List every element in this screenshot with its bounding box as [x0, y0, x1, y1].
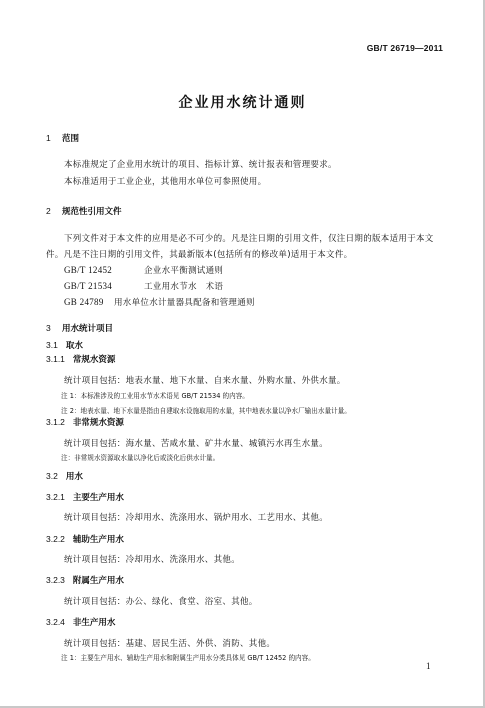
page-number: 1	[426, 661, 431, 671]
document-title: 企业用水统计通则	[0, 92, 485, 112]
reference-item: GB/T 21534工业用水节水 术语	[64, 280, 223, 292]
section-3-2-2-heading: 3.2.2辅助生产用水	[46, 533, 124, 545]
section-number: 3.2.2	[46, 534, 65, 544]
paragraph: 统计项目包括：地表水量、地下水量、自来水量、外购水量、外供水量。	[64, 374, 346, 386]
paragraph: 统计项目包括：冷却用水、洗涤用水、锅炉用水、工艺用水、其他。	[64, 511, 328, 523]
section-number: 2	[46, 206, 62, 216]
section-1-heading: 1范围	[46, 132, 79, 144]
paragraph-line: 下列文件对于本文件的应用是必不可少的。凡是注日期的引用文件，仅注日期的版本适用于…	[64, 232, 434, 244]
section-3-1-2-heading: 3.1.2非常规水资源	[46, 416, 124, 428]
paragraph: 本标准规定了企业用水统计的项目、指标计算、统计报表和管理要求。	[64, 158, 337, 170]
section-3-2-3-heading: 3.2.3附属生产用水	[46, 574, 124, 586]
paragraph: 统计项目包括：冷却用水、洗涤用水、其他。	[64, 553, 240, 565]
section-3-2-4-heading: 3.2.4非生产用水	[46, 616, 115, 628]
paragraph: 本标准适用于工业企业，其他用水单位可参照使用。	[64, 175, 266, 187]
reference-code: GB/T 12452	[64, 265, 144, 275]
section-title: 用水	[66, 472, 83, 482]
section-title: 范围	[62, 134, 79, 144]
section-title: 用水统计项目	[62, 324, 113, 334]
reference-item: GB 24789用水单位水计量器具配备和管理通则	[64, 296, 255, 308]
paragraph: 统计项目包括：海水量、苦咸水量、矿井水量、城镇污水再生水量。	[64, 437, 328, 449]
section-number: 1	[46, 133, 62, 143]
note: 注 1：本标准涉及的工业用水节水术语见 GB/T 21534 的内容。	[61, 390, 249, 400]
section-number: 3.2.4	[46, 617, 65, 627]
reference-name: 工业用水节水 术语	[144, 282, 223, 292]
paragraph: 统计项目包括：办公、绿化、食堂、浴室、其他。	[64, 595, 258, 607]
reference-name: 企业水平衡测试通则	[144, 266, 223, 276]
paragraph-line: 件。凡是不注日期的引用文件，其最新版本(包括所有的修改单)适用于本文件。	[46, 248, 352, 260]
section-3-1-1-heading: 3.1.1常规水资源	[46, 353, 115, 365]
section-title: 辅助生产用水	[73, 535, 124, 545]
section-title: 常规水资源	[73, 355, 116, 365]
section-3-2-1-heading: 3.2.1主要生产用水	[46, 491, 124, 503]
section-number: 3.1.2	[46, 417, 65, 427]
note: 注 2：地表水量、地下水量是指由自建取水设施取用的水量，其中地表水量以净水厂输出…	[61, 405, 351, 415]
standard-code: GB/T 26719—2011	[367, 43, 443, 53]
section-3-heading: 3用水统计项目	[46, 322, 113, 334]
reference-item: GB/T 12452企业水平衡测试通则	[64, 264, 223, 276]
note: 注：非常规水资源取水量以净化后或淡化后供水计量。	[61, 452, 219, 462]
document-page: GB/T 26719—2011 企业用水统计通则 1范围 本标准规定了企业用水统…	[0, 0, 485, 708]
section-title: 规范性引用文件	[62, 207, 122, 217]
section-title: 主要生产用水	[73, 493, 124, 503]
reference-code: GB/T 21534	[64, 281, 144, 291]
reference-name: 用水单位水计量器具配备和管理通则	[114, 298, 255, 308]
section-number: 3.2.1	[46, 492, 65, 502]
section-title: 非生产用水	[73, 618, 116, 628]
section-number: 3.2	[46, 471, 58, 481]
section-3-1-heading: 3.1取水	[46, 339, 83, 351]
reference-code: GB 24789	[64, 297, 114, 307]
note: 注 1：主要生产用水、辅助生产用水和附属生产用水分类具体见 GB/T 12452…	[61, 652, 315, 662]
section-title: 取水	[66, 341, 83, 351]
section-number: 3.1	[46, 340, 58, 350]
section-number: 3.2.3	[46, 575, 65, 585]
section-title: 非常规水资源	[73, 418, 124, 428]
section-2-heading: 2规范性引用文件	[46, 205, 122, 217]
section-number: 3	[46, 323, 62, 333]
section-number: 3.1.1	[46, 354, 65, 364]
section-3-2-heading: 3.2用水	[46, 470, 83, 482]
paragraph: 统计项目包括：基建、居民生活、外供、消防、其他。	[64, 637, 275, 649]
section-title: 附属生产用水	[73, 576, 124, 586]
